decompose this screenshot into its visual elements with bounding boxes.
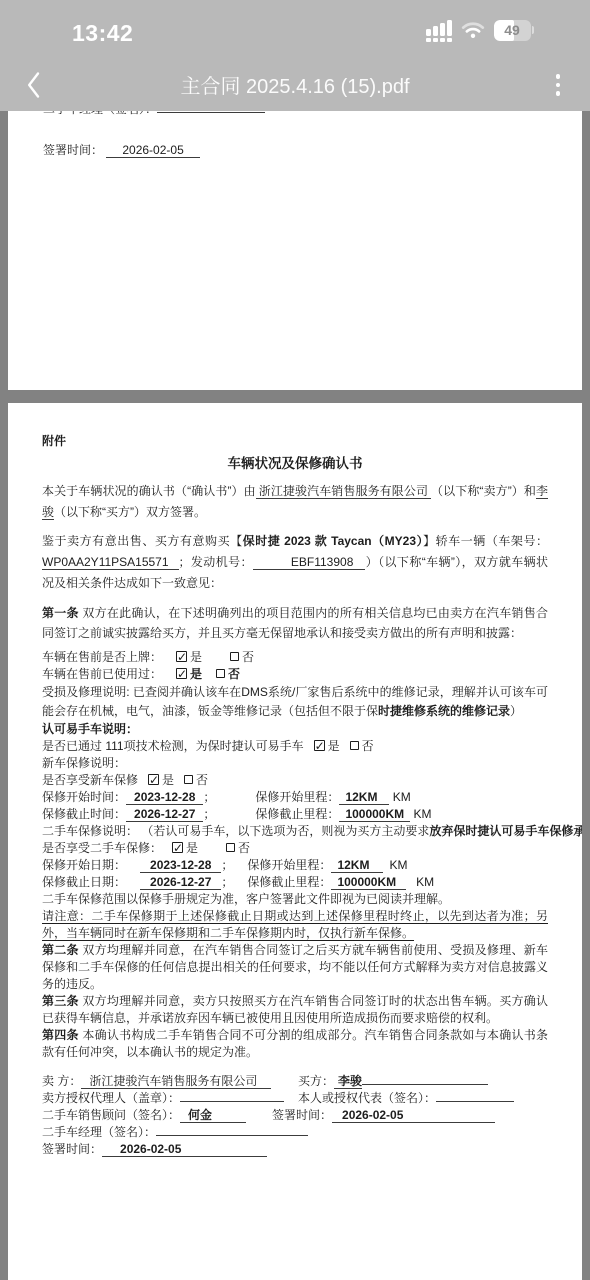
seller-agent-blank: [180, 1090, 284, 1102]
article-4: 第四条 本确认书构成二手车销售合同不可分割的组成部分。汽车销售合同条款如与本确认…: [42, 1027, 548, 1061]
battery-percent: 49: [494, 20, 531, 41]
used-warranty-end-row: 保修截止日期：2026-12-27；保修截止里程：100000KMKM: [42, 874, 548, 891]
buyer-rep-blank: [436, 1090, 514, 1102]
damage-repair-note: 受损及修理说明: 已查阅并确认该车在DMS系统/厂家售后系统中的维修记录，理解并…: [42, 683, 548, 721]
used-before-sale-row: 车辆在售前已使用过：是否: [42, 666, 548, 683]
pdf-viewer-screen: 13:42 49: [0, 0, 590, 1280]
new-warranty-start-row: 保修开始时间：2023-12-28；保修开始里程：12KM KM: [42, 789, 548, 806]
back-button[interactable]: [18, 68, 48, 102]
manager-row: 二手车经理（签名）：: [42, 1124, 548, 1141]
seller-signature-value: 浙江捷骏汽车销售服务有限公司: [81, 1074, 271, 1089]
checkbox-checked-icon: [314, 740, 325, 751]
new-warranty-heading: 新车保修说明：: [42, 755, 548, 772]
chevron-left-icon: [26, 71, 41, 99]
page1-sign-time-value: 2026-02-05: [106, 143, 199, 158]
attachment-label: 附件: [42, 433, 548, 450]
vin-value: WP0AA2Y11PSA15571: [42, 555, 179, 570]
checkbox-checked-icon: [176, 668, 187, 679]
more-menu-button[interactable]: [544, 68, 572, 102]
vehicle-model: 保时捷 2023 款 Taycan（MY23）: [243, 534, 423, 548]
checkbox-checked-icon: [172, 842, 183, 853]
checkbox-unchecked-icon: [226, 843, 235, 852]
signature-block: 卖 方：浙江捷骏汽车销售服务有限公司 买方：李骏 卖方授权代理人（盖章）： 本人…: [42, 1073, 548, 1158]
checkbox-unchecked-icon: [216, 669, 225, 678]
cellular-signal-icon: [426, 18, 452, 42]
seller-buyer-row: 卖 方：浙江捷骏汽车销售服务有限公司 买方：李骏: [42, 1073, 548, 1090]
checkbox-checked-icon: [176, 651, 187, 662]
manager-signature-line-clipped: 二手车经理（签名）：: [43, 111, 547, 118]
used-warranty-start-row: 保修开始日期：2023-12-28；保修开始里程：12KMKM: [42, 857, 548, 874]
sign-time2-value: 2026-02-05: [102, 1142, 267, 1157]
pdf-page-2: 附件 车辆状况及保修确认书 本关于车辆状况的确认书（“确认书”）由浙江捷骏汽车销…: [8, 403, 582, 1280]
new-warranty-row: 是否享受新车保修是否: [42, 772, 548, 789]
document-title: 主合同 2025.4.16 (15).pdf: [70, 70, 520, 99]
seller-name: 浙江捷骏汽车销售服务有限公司: [256, 484, 431, 499]
checkbox-unchecked-icon: [184, 775, 193, 784]
article-1: 第一条 双方在此确认，在下述明确列出的项目范围内的所有相关信息均已由卖方在汽车销…: [42, 603, 548, 643]
article-3: 第三条 双方均理解并同意，卖方只按照买方在汽车销售合同签订时的状态出售车辆。买方…: [42, 993, 548, 1027]
agents-row: 卖方授权代理人（盖章）： 本人或授权代表（签名）：: [42, 1090, 548, 1107]
manager-signature-blank: [156, 1124, 308, 1136]
pdf-page-1: 二手车经理（签名）： 签署时间： 2026-02-05: [8, 111, 582, 390]
intro-paragraph: 本关于车辆状况的确认书（“确认书”）由浙江捷骏汽车销售服务有限公司（以下称“卖方…: [42, 481, 548, 523]
engine-no-value: EBF113908: [253, 555, 366, 570]
used-warranty-row: 是否享受二手车保修：是否: [42, 840, 548, 857]
ellipsis-icon: [556, 74, 561, 79]
licensed-before-sale-row: 车辆在售前是否上牌：是否: [42, 649, 548, 666]
cpo-heading: 认可易手车说明：: [42, 721, 548, 738]
checkbox-checked-icon: [148, 774, 159, 785]
nav-bar: 主合同 2025.4.16 (15).pdf: [0, 62, 590, 108]
whereas-paragraph: 鉴于卖方有意出售、买方有意购买【保时捷 2023 款 Taycan（MY23）】…: [42, 531, 548, 594]
status-bar: 13:42 49: [0, 18, 590, 48]
page-title: 车辆状况及保修确认书: [42, 455, 548, 473]
consultant-signature-value: 何金: [180, 1108, 246, 1123]
clock: 13:42: [72, 20, 133, 47]
battery-icon: 49: [494, 20, 531, 41]
used-warranty-note: 二手车保修说明： （若认可易手车，以下选项为否，则视为买方主动要求放弃保时捷认可…: [42, 823, 548, 840]
sign-time-row: 签署时间：2026-02-05: [42, 1141, 548, 1158]
document-scroll-area[interactable]: 二手车经理（签名）： 签署时间： 2026-02-05 附件 车辆状况及保修确认…: [0, 0, 590, 1280]
sign-time-value: 2026-02-05: [332, 1108, 495, 1123]
buyer-signature-value: 李骏: [334, 1074, 362, 1089]
top-bar: 13:42 49: [0, 0, 590, 111]
cpo-inspection-row: 是否已通过 111项技术检测，为保时捷认可易手车是否: [42, 738, 548, 755]
warranty-scope-note: 二手车保修范围以保修手册规定为准，客户签署此文件即视为已阅读并理解。: [42, 891, 548, 908]
consultant-row: 二手车销售顾问（签名）：何金 签署时间：2026-02-05: [42, 1107, 548, 1124]
checkbox-unchecked-icon: [230, 652, 239, 661]
article-2: 第二条 双方均理解并同意，在汽车销售合同签订之后买方就车辆售前使用、受损及修理、…: [42, 942, 548, 993]
new-warranty-end-row: 保修截止时间：2026-12-27；保修截止里程：100000KM KM: [42, 806, 548, 823]
checkbox-unchecked-icon: [350, 741, 359, 750]
warranty-notice: 请注意：二手车保修期于上述保修截止日期或达到上述保修里程时终止，以先到达者为准；…: [42, 908, 548, 942]
wifi-icon: [461, 21, 485, 39]
page1-sign-time-row: 签署时间： 2026-02-05: [43, 142, 547, 159]
